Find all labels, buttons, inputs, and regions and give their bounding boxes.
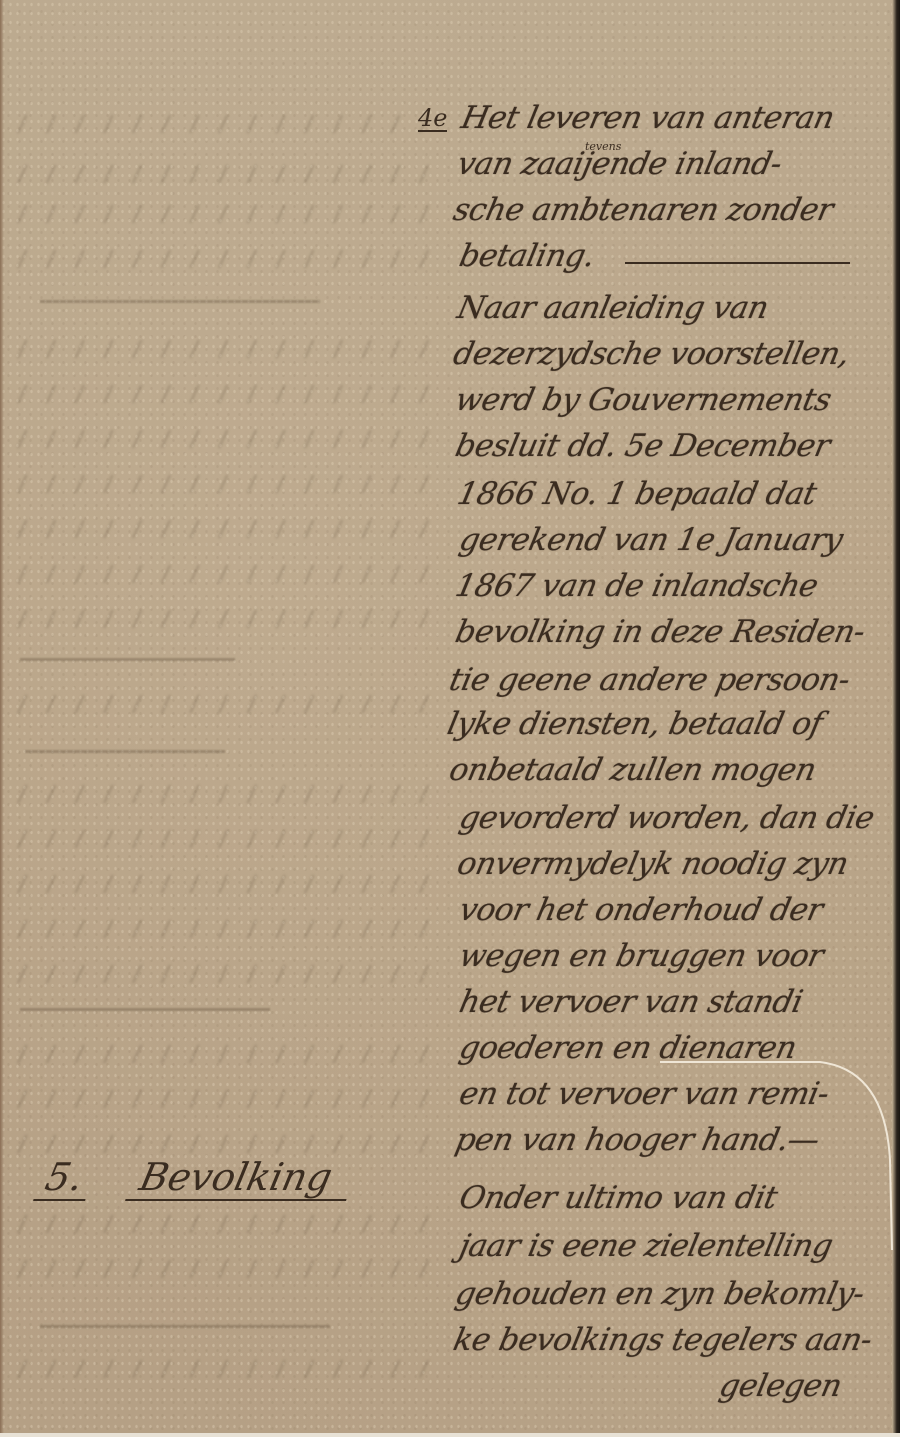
manuscript-page: 4e tevens Het leveren van anteran van za… bbox=[0, 0, 900, 1437]
section-4-body-line: en tot vervoer van remi- bbox=[456, 1076, 832, 1112]
page-bottom-edge bbox=[0, 1433, 900, 1437]
bleed-line bbox=[10, 205, 430, 223]
section-4-title-line: van zaaijende inland- bbox=[454, 146, 785, 182]
section-4-title-line: betaling. bbox=[456, 238, 598, 274]
section-5-body-line: Onder ultimo van dit bbox=[456, 1180, 780, 1216]
bleed-line bbox=[10, 610, 430, 628]
bleed-line bbox=[10, 1135, 430, 1153]
section-5-letter: 5. bbox=[33, 1155, 95, 1201]
bleed-line bbox=[10, 920, 430, 938]
bleed-line bbox=[10, 1090, 430, 1108]
bleed-line bbox=[10, 830, 430, 848]
section-5-body-line: gehouden en zyn bekomly- bbox=[452, 1276, 867, 1312]
section-5-body-line: gelegen bbox=[716, 1368, 845, 1404]
bleed-line bbox=[10, 1045, 430, 1063]
section-4-body-line: 1866 No. 1 bepaald dat bbox=[454, 476, 819, 512]
section-4-body-line: bevolking in deze Residen- bbox=[452, 614, 868, 650]
section-4-body-line: gerekend van 1e January bbox=[456, 522, 846, 558]
section-4-body-line: onvermydelyk noodig zyn bbox=[454, 846, 851, 882]
section-4-number: 4e bbox=[418, 106, 447, 132]
bleed-line bbox=[10, 250, 430, 268]
section-5-heading-word: Bevolking bbox=[125, 1155, 356, 1201]
section-4-body-line: het vervoer van standi bbox=[456, 984, 806, 1020]
bleed-line bbox=[10, 475, 430, 493]
bleed-line bbox=[10, 115, 430, 133]
section-5-body-line: jaar is eene zielentelling bbox=[456, 1228, 836, 1264]
section-4-body-line: dezerzydsche voorstellen, bbox=[450, 336, 852, 372]
bleed-line bbox=[10, 565, 430, 583]
section-4-body-line: gevorderd worden, dan die bbox=[456, 800, 877, 836]
bleed-line bbox=[10, 520, 430, 538]
bleed-rule bbox=[40, 1325, 330, 1328]
section-4-body-line: voor het onderhoud der bbox=[456, 892, 826, 928]
bleed-line bbox=[10, 875, 430, 893]
section-5-body-line: ke bevolkings tegelers aan- bbox=[450, 1322, 875, 1358]
section-4-body-line: tie geene andere persoon- bbox=[446, 662, 853, 698]
section-4-title-rule bbox=[625, 262, 850, 264]
bleed-line bbox=[10, 340, 430, 358]
bleed-rule bbox=[25, 750, 225, 753]
bleed-line bbox=[10, 165, 430, 183]
bleed-line bbox=[10, 385, 430, 403]
bleed-through-column bbox=[0, 105, 440, 1405]
bleed-line bbox=[10, 695, 430, 713]
section-4-body-line: besluit dd. 5e December bbox=[452, 428, 833, 464]
page-right-edge bbox=[892, 0, 900, 1437]
bleed-line bbox=[10, 430, 430, 448]
bleed-line bbox=[10, 1360, 430, 1378]
section-4-body-line: goederen en dienaren bbox=[456, 1030, 800, 1066]
bleed-rule bbox=[40, 300, 320, 303]
section-4-body-line: onbetaald zullen mogen bbox=[446, 752, 819, 788]
section-4-body-line: wegen en bruggen voor bbox=[456, 938, 826, 974]
bleed-line bbox=[10, 1215, 430, 1233]
bleed-line bbox=[10, 1260, 430, 1278]
bleed-rule bbox=[20, 658, 235, 661]
section-4-body-line: werd by Gouvernements bbox=[452, 382, 834, 418]
section-5-heading: 5. Bevolking bbox=[33, 1155, 356, 1201]
section-4-body-line: lyke diensten, betaald of bbox=[444, 706, 825, 742]
section-4-body-line: 1867 van de inlandsche bbox=[452, 568, 821, 604]
bleed-line bbox=[10, 785, 430, 803]
section-4-body-line: pen van hooger hand.— bbox=[452, 1122, 822, 1158]
bleed-rule bbox=[20, 1008, 270, 1011]
section-4-title-line: Het leveren van anteran bbox=[458, 100, 837, 136]
section-4-body-line: Naar aanleiding van bbox=[454, 290, 771, 326]
section-4-title-line: sche ambtenaren zonder bbox=[450, 192, 836, 228]
bleed-line bbox=[10, 965, 430, 983]
